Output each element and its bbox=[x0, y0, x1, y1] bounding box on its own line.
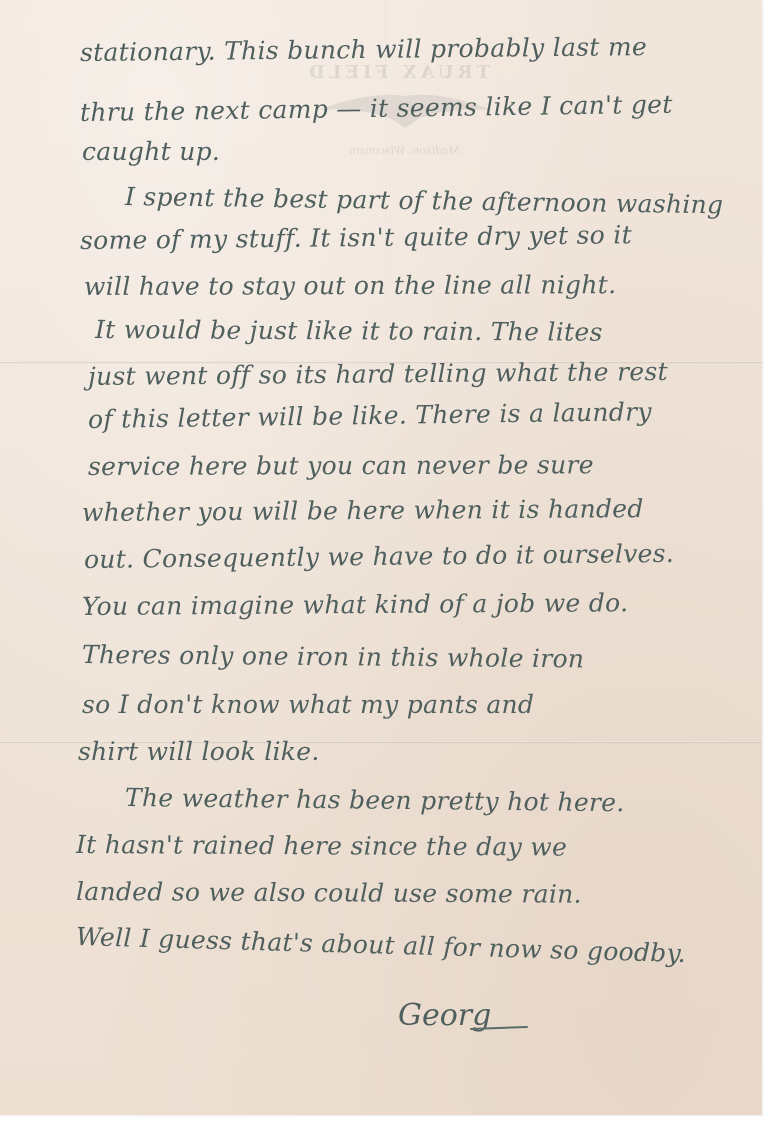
letter-line: The weather has been pretty hot here. bbox=[125, 783, 625, 818]
letter-line: stationary. This bunch will probably las… bbox=[80, 32, 647, 68]
letter-line: shirt will look like. bbox=[78, 737, 320, 767]
letter-line: I spent the best part of the afternoon w… bbox=[125, 182, 724, 220]
letterhead-subtitle: Madison, Wisconsin bbox=[349, 144, 460, 157]
letter-paper: TRUAX FIELD Madison, Wisconsin stationar… bbox=[0, 0, 762, 1115]
letter-line: caught up. bbox=[82, 137, 220, 167]
letter-line: of this letter will be like. There is a … bbox=[88, 397, 652, 435]
letter-line: Theres only one iron in this whole iron bbox=[82, 640, 585, 674]
letter-line: Well I guess that's about all for now so… bbox=[76, 922, 687, 969]
letter-line: whether you will be here when it is hand… bbox=[82, 494, 644, 528]
letter-line: It would be just like it to rain. The li… bbox=[95, 315, 603, 348]
letter-line: It hasn't rained here since the day we bbox=[76, 830, 567, 863]
letter-line: will have to stay out on the line all ni… bbox=[84, 270, 616, 302]
letter-line: so I don't know what my pants and bbox=[82, 690, 534, 720]
letter-line: landed so we also could use some rain. bbox=[76, 877, 582, 910]
letter-line: some of my stuff. It isn't quite dry yet… bbox=[80, 220, 632, 256]
letter-line: You can imagine what kind of a job we do… bbox=[82, 588, 628, 622]
letter-line: just went off so its hard telling what t… bbox=[88, 357, 668, 392]
letter-line: thru the next camp — it seems like I can… bbox=[80, 90, 673, 128]
letter-line: service here but you can never be sure bbox=[88, 450, 594, 482]
letter-line: out. Consequently we have to do it ourse… bbox=[84, 539, 674, 575]
